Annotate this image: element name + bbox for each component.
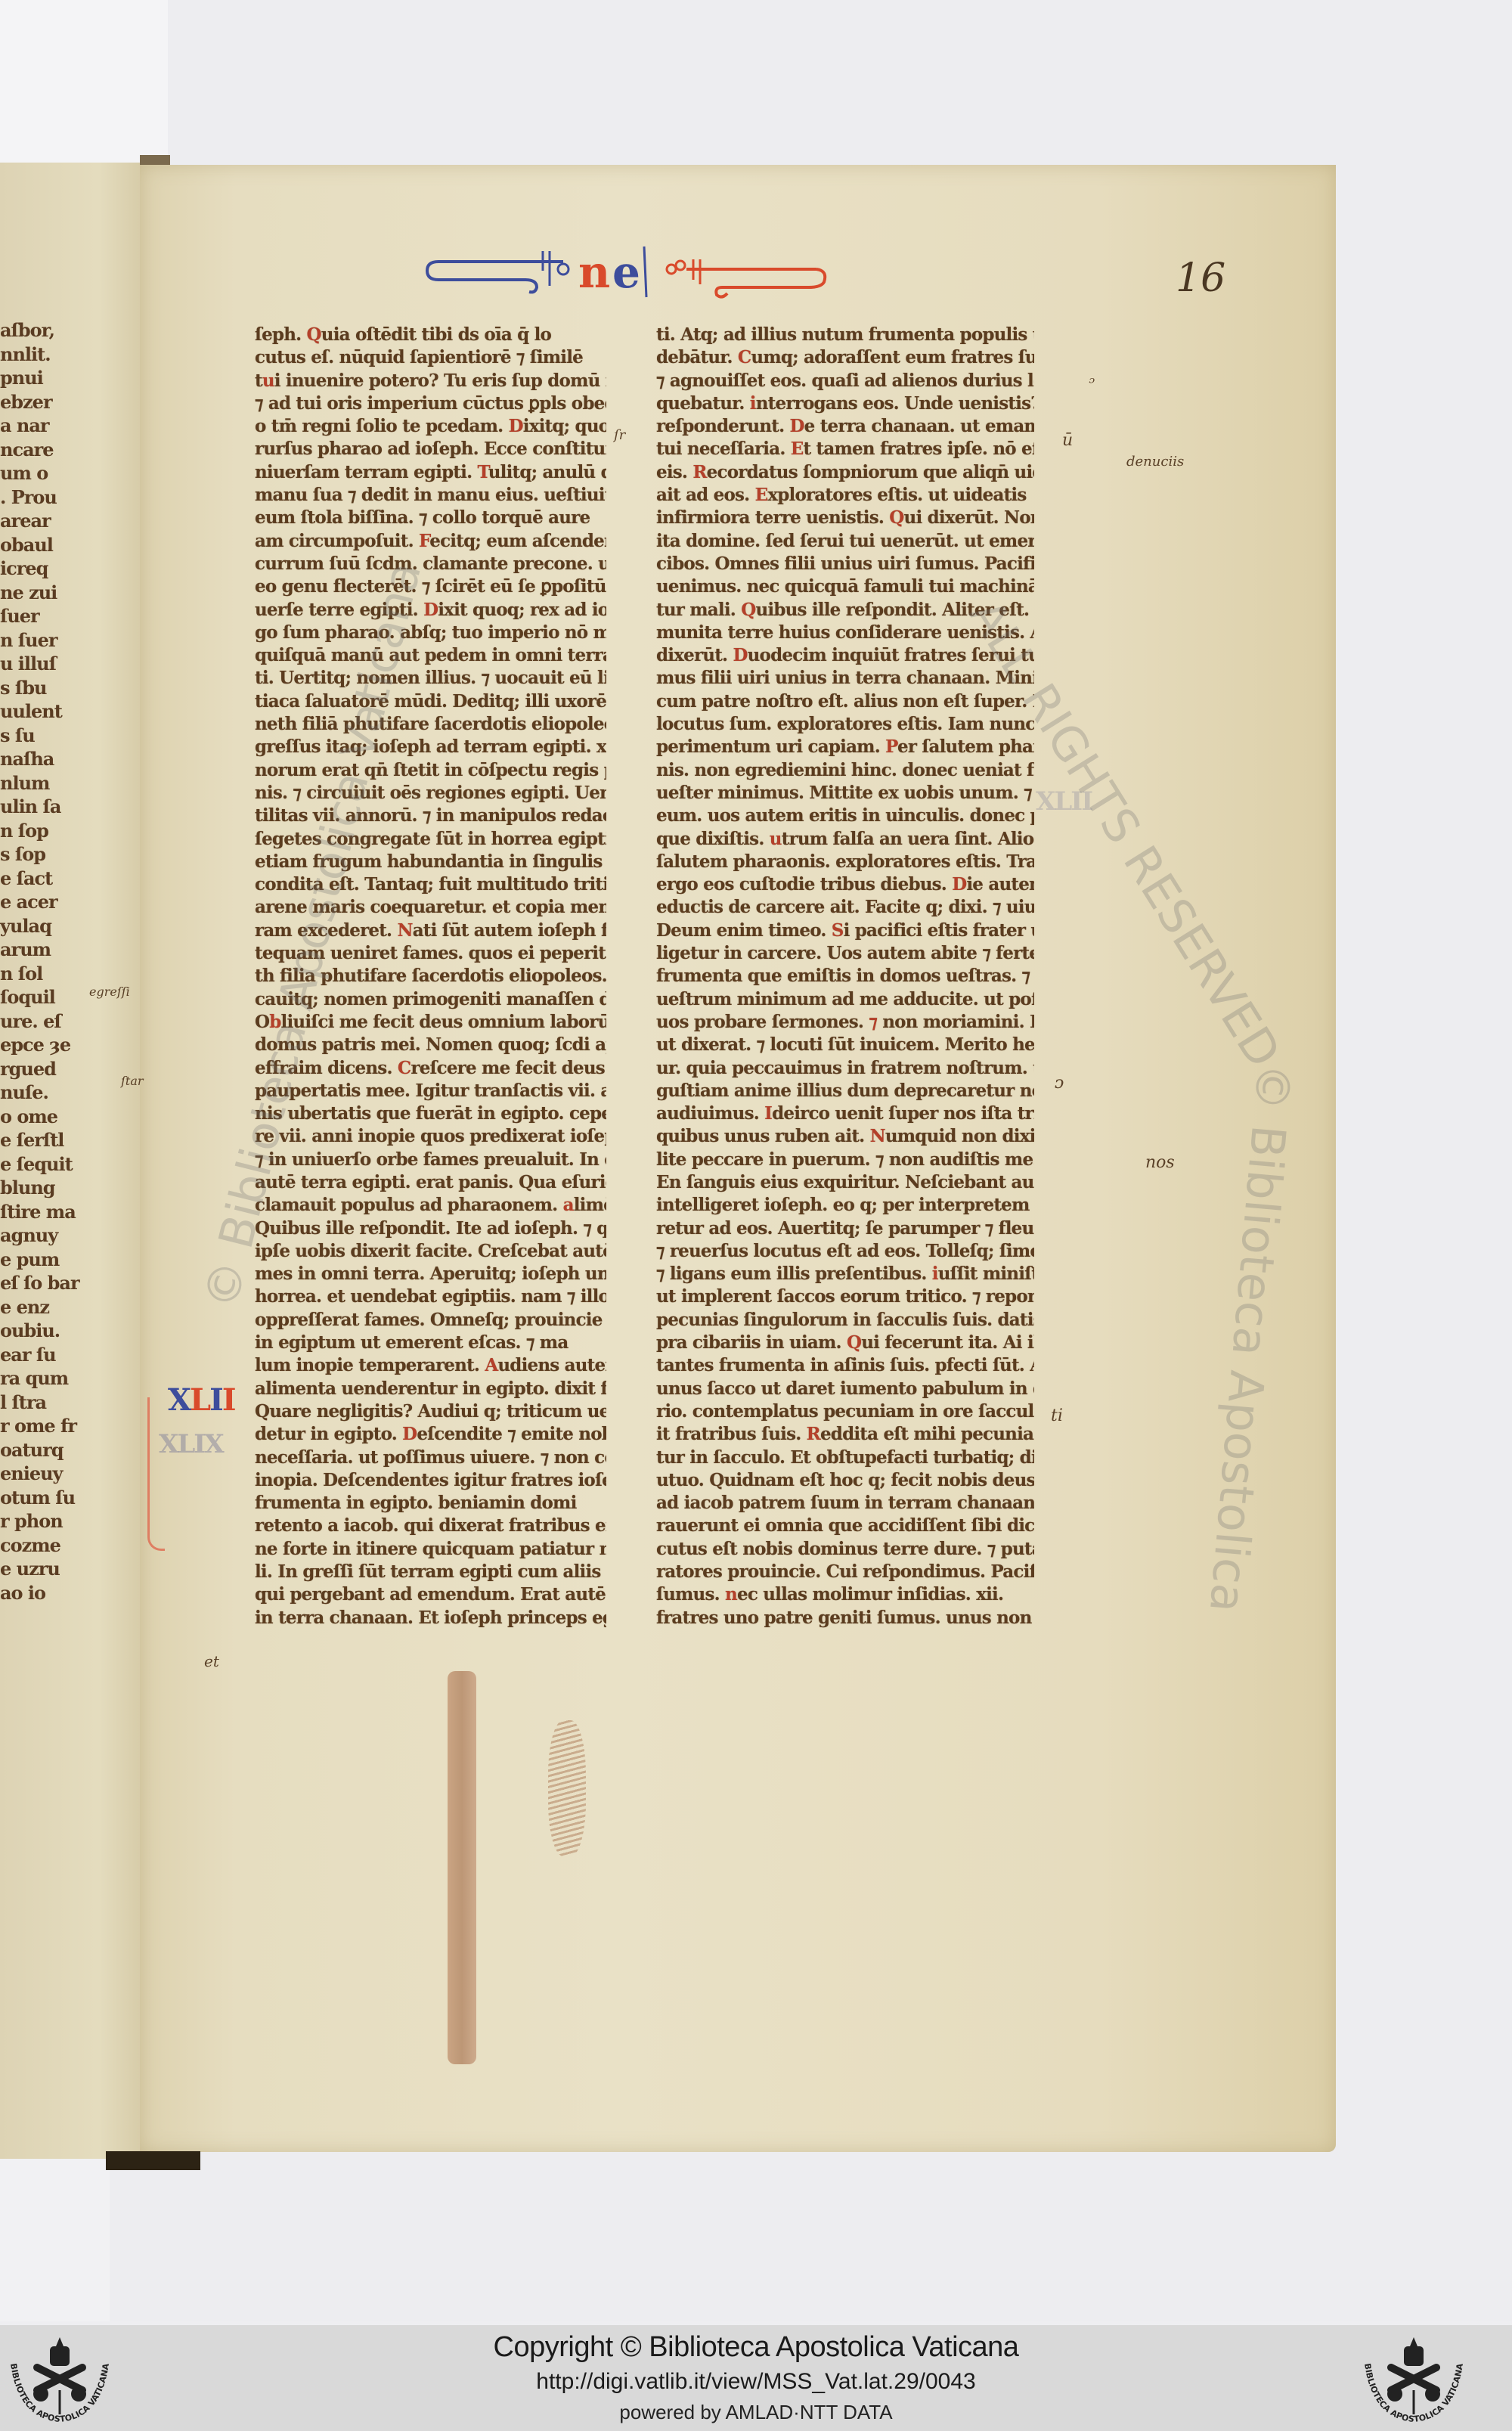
rubricated-initial: D	[423, 600, 438, 620]
rubricated-initial: ⁊	[869, 1012, 877, 1032]
manuscript-line: locutus ſum. exploratores eſtis. Iam nun…	[656, 713, 1034, 736]
verso-text-line: agnuy	[0, 1224, 113, 1247]
rubricated-initial: S	[832, 920, 844, 941]
marginal-note: ᵓ	[1089, 374, 1095, 393]
marginal-note: egreſſi	[89, 984, 130, 999]
manuscript-line: utuo. Quidnam eſt hoc q; fecit nobis deu…	[656, 1469, 1034, 1492]
verso-text-line: cozme	[0, 1534, 113, 1557]
manuscript-line: ſalutem pharaonis. exploratores eſtis. T…	[656, 851, 1034, 873]
rubricated-initial: C	[738, 347, 751, 367]
manuscript-line: ueſtrum minimum ad me adducite. ut poſſi…	[656, 988, 1034, 1011]
rubricated-initial: F	[419, 531, 429, 551]
verso-text-line: nuſe.	[0, 1081, 113, 1104]
manuscript-line: it fratribus ſuis. Reddita eſt mihi pecu…	[656, 1423, 1034, 1446]
manuscript-line: qui pergebant ad emendum. Erat autē fame…	[255, 1583, 606, 1606]
verso-text-line: ear ſu	[0, 1344, 113, 1366]
manuscript-line: uos probare ſermones. ⁊ non moriamini. F…	[656, 1011, 1034, 1034]
manuscript-line: ad iacob patrem ſuum in terram chanaan. …	[656, 1492, 1034, 1515]
manuscript-line: mus filii uiri unius in terra chanaan. M…	[656, 667, 1034, 690]
marginal-note: denuciis	[1126, 454, 1184, 470]
rubricated-initial: D	[952, 874, 966, 895]
verso-text-line: enieuy	[0, 1462, 113, 1485]
manuscript-line: mes in omni terra. Aperuitq; ioſeph uniu…	[255, 1263, 606, 1285]
manuscript-line: En ſanguis eius exquiritur. Neſciebant a…	[656, 1171, 1034, 1194]
verso-text-line: ne zui	[0, 581, 113, 604]
manuscript-line: fratres uno patre geniti ſumus. unus non…	[656, 1607, 1034, 1629]
verso-text-line: ſtire ma	[0, 1201, 113, 1223]
manuscript-line: reſponderunt. De terra chanaan. ut emamu…	[656, 415, 1034, 438]
rubricated-initial: N	[397, 920, 412, 941]
chapter-number-xlix-faded: XLIX	[159, 1429, 223, 1459]
manuscript-line: frumenta in egipto. beniamin domi	[255, 1492, 606, 1515]
manuscript-line: eum ſtola biſſina. ⁊ collo torquē aure	[255, 507, 606, 529]
manuscript-line: ſeph. Quia oſtēdit tibi ds oīa q̄ lo	[255, 324, 606, 346]
verso-text-line: e ſact	[0, 867, 113, 890]
verso-text-line: ao io	[0, 1582, 113, 1605]
manuscript-line: perimentum uri capiam. Per ſalutem phara…	[656, 736, 1034, 758]
rubricated-initial: P	[885, 736, 897, 757]
rubricated-initial: Q	[307, 324, 321, 345]
rubricated-initial: D	[790, 416, 804, 436]
manuscript-line: niuerſam terram egipti. Tulitq; anulū de	[255, 461, 606, 484]
ink-offset-mark	[548, 1720, 586, 1856]
verso-text-line: eſ ſo bar	[0, 1272, 113, 1295]
rubricated-initial: I	[764, 1103, 772, 1124]
manuscript-line: guſtiam anime illius dum deprecaretur no…	[656, 1080, 1034, 1102]
manuscript-line: intelligeret ioſeph. eo q; per interpret…	[656, 1194, 1034, 1217]
manuscript-line: ti. Uertitq; nomen illius. ⁊ uocauit eū …	[255, 667, 606, 690]
manuscript-line: rio. contemplatus pecuniam in ore ſaccul…	[656, 1400, 1034, 1423]
manuscript-line: ueſter minimus. Mittite ex uobis unum. ⁊…	[656, 782, 1034, 805]
copyright-text: Copyright © Biblioteca Apostolica Vatica…	[0, 2331, 1512, 2364]
manuscript-line: tui neceſſaria. Et tamen fratres ipſe. n…	[656, 438, 1034, 460]
rubricated-initial: n	[725, 1584, 737, 1605]
manuscript-line: nis ubertatis que fuerāt in egipto. cepe…	[255, 1102, 606, 1125]
manuscript-line: tilitas vii. annorū. ⁊ in manipulos reda…	[255, 805, 606, 827]
verso-text-line: . Prou	[0, 486, 113, 509]
running-head-letter-e: e	[612, 247, 640, 298]
manuscript-line: in terra chanaan. Et ioſeph princeps egi…	[255, 1607, 606, 1629]
manuscript-line: neceſſaria. ut poſſimus uiuere. ⁊ non co…	[255, 1447, 606, 1469]
manuscript-line: eis. Recordatus ſompniorum que aliqn̄ ui…	[656, 461, 1034, 484]
manuscript-line: uerſe terre egipti. Dixit quoq; rex ad i…	[255, 599, 606, 622]
manuscript-line: oppreſſerat fames. Omneſq; prouincie uen…	[255, 1309, 606, 1332]
manuscript-line: paupertatis mee. Igitur tranſactis vii. …	[255, 1080, 606, 1102]
verso-text-line: yulaq	[0, 915, 113, 938]
manuscript-line: detur in egipto. Deſcendite ⁊ emite nobi…	[255, 1423, 606, 1446]
manuscript-line: ⁊ ad tui oris imperium cūctus ꝑpls obedi…	[255, 392, 606, 415]
background-lower-left	[0, 2155, 110, 2321]
rubricated-initial: E	[755, 485, 768, 505]
rubricated-initial: T	[478, 462, 488, 482]
manuscript-line: audiuimus. Ideirco uenit ſuper nos iſta …	[656, 1102, 1034, 1125]
marginal-note: ū	[1062, 431, 1073, 450]
verso-page-fragment: aſbor,nnlit.pnuiebzera narncareum o. Pro…	[0, 163, 143, 2159]
verso-text-line: o ome	[0, 1105, 113, 1128]
manuscript-line: tantes frumenta in aſinis ſuis. pfecti ſ…	[656, 1354, 1034, 1377]
manuscript-line: Quibus ille reſpondit. Ite ad ioſeph. ⁊ …	[255, 1217, 606, 1240]
verso-text-line: ure. eſ	[0, 1010, 113, 1033]
manuscript-line: eum. uos autem eritis in uinculis. donec…	[656, 805, 1034, 827]
rubricated-initial: C	[398, 1058, 411, 1078]
manuscript-line: retento a iacob. qui dixerat fratribus e…	[255, 1515, 606, 1537]
verso-text-line: n ſop	[0, 820, 113, 842]
verso-text-line: icreq	[0, 557, 113, 580]
manuscript-line: uenimus. nec quicquā famuli tui machinā	[656, 575, 1034, 598]
verso-text-line: ra qum	[0, 1367, 113, 1390]
verso-text-line: um o	[0, 462, 113, 485]
marginal-note: ſtar	[121, 1074, 144, 1088]
manuscript-line: nis. ⁊ circuiuit oēs regiones egipti. Ue…	[255, 782, 606, 805]
manuscript-line: ⁊ ligans eum illis preſentibus. iuſſit m…	[656, 1263, 1034, 1285]
rubricated-initial: D	[733, 645, 747, 665]
verso-text-line: arum	[0, 938, 113, 961]
verso-text-line: uulent	[0, 700, 113, 723]
manuscript-line: tiaca ſaluatorē mūdi. Deditq; illi uxorē…	[255, 690, 606, 713]
rubricated-initial: D	[509, 416, 523, 436]
rubricated-initial: A	[485, 1355, 497, 1375]
verso-text-line: r ome fr	[0, 1415, 113, 1437]
verso-text-line: e enz	[0, 1296, 113, 1319]
verso-text-line: r phon	[0, 1510, 113, 1533]
manuscript-line: ita domine. ſed ſerui tui uenerūt. ut em…	[656, 530, 1034, 553]
marginal-note: et	[204, 1652, 219, 1670]
manuscript-line: Deum enim timeo. Si pacifici eſtis frate…	[656, 919, 1034, 942]
manuscript-line: li. In greſſi ſūt terram egipti cum alii…	[255, 1561, 606, 1583]
copyright-footer: BIBLIOTECA APOSTOLICA VATICANA Copyright…	[0, 2325, 1512, 2431]
manuscript-line: greſſus itaq; ioſeph ad terram egipti. x…	[255, 736, 606, 758]
manuscript-line: nis. non egrediemini hinc. donec ueniat …	[656, 759, 1034, 782]
verso-text-line: otum ſu	[0, 1487, 113, 1509]
rubricated-initial: u	[770, 829, 782, 849]
verso-text-line: e acer	[0, 891, 113, 913]
manuscript-line: cutus eſ. nūquid ſapientiorē ⁊ ſimilē	[255, 346, 606, 369]
verso-text-line: s ſbu	[0, 677, 113, 699]
verso-text-line: blung	[0, 1177, 113, 1199]
verso-text-line: ſuer	[0, 605, 113, 628]
manuscript-line: manu ſua ⁊ dedit in manu eius. ueſtiuitq…	[255, 484, 606, 507]
manuscript-line: unus ſacco ut daret iumento pabulum in d…	[656, 1378, 1034, 1400]
manuscript-line: am circumpoſuit. Fecitq; eum aſcendere ſ…	[255, 530, 606, 553]
verso-text-line: ulin ſa	[0, 795, 113, 818]
verso-text-line: n ſuer	[0, 629, 113, 652]
verso-text-line: epce ȝe	[0, 1034, 113, 1056]
rubricated-initial: D	[402, 1424, 417, 1444]
manuscript-line: autē terra egipti. erat panis. Qua eſuri…	[255, 1171, 606, 1194]
binding-edge-bottom	[106, 2151, 200, 2170]
manuscript-line: ratores prouincie. Cui reſpondimus. Paci…	[656, 1561, 1034, 1583]
manuscript-line: clamauit populus ad pharaonem. alimēta p…	[255, 1194, 606, 1217]
manuscript-line: in egiptum ut emerent eſcas. ⁊ ma	[255, 1332, 606, 1354]
manuscript-line: ur. quia peccauimus in fratrem noſtrum. …	[656, 1057, 1034, 1080]
manuscript-line: ne forte in itinere quicquam patiatur ma	[255, 1538, 606, 1561]
verso-text-line: oubiu.	[0, 1319, 113, 1342]
rubricated-initial: u	[262, 371, 274, 391]
verso-text-line: s ſu	[0, 724, 113, 747]
rubricated-initial: a	[563, 1195, 574, 1215]
manuscript-line: retur ad eos. Auertitq; ſe parumper ⁊ fl…	[656, 1217, 1034, 1240]
binding-edge-top	[140, 155, 170, 166]
manuscript-line: ſumus. nec ullas molimur inſidias. xii.	[656, 1583, 1034, 1606]
manuscript-line: pra cibariis in uiam. Qui fecerunt ita. …	[656, 1332, 1034, 1354]
running-head-letter-n: n	[578, 247, 610, 298]
manuscript-line: inopia. Deſcendentes igitur fratres ioſe…	[255, 1469, 606, 1492]
manuscript-line: Quare negligitis? Audiui q; triticum uen…	[255, 1400, 606, 1423]
manuscript-line: ⁊ in uniuerſo orbe fames preualuit. In c…	[255, 1149, 606, 1171]
manuscript-line: eductis de carcere ait. Facite q; dixi. …	[656, 896, 1034, 919]
verso-text-line: n ſol	[0, 963, 113, 985]
vatican-library-logo-right: BIBLIOTECA APOSTOLICA VATICANA	[1357, 2330, 1470, 2428]
verso-text-line: e uzru	[0, 1558, 113, 1580]
powered-by-text: powered by AMLAD·NTT DATA	[0, 2401, 1512, 2424]
rubricated-initial: i	[932, 1264, 938, 1284]
stain-vertical	[448, 1671, 476, 2064]
verso-text-line: e ſerſtl	[0, 1129, 113, 1152]
verso-text-line: nlum	[0, 772, 113, 795]
manuscript-line: ⁊ reuerſus locutus eſt ad eos. Tolleſq; …	[656, 1240, 1034, 1263]
manuscript-line: que dixiſtis. utrum falſa an uera ſint. …	[656, 828, 1034, 851]
manuscript-line: ait ad eos. Exploratores eſtis. ut uidea…	[656, 484, 1034, 507]
manuscript-line: debātur. Cumq; adoraſſent eum fratres ſu…	[656, 346, 1034, 369]
rubricated-initial: E	[791, 439, 804, 459]
manuscript-line: ligetur in carcere. Uos autem abite ⁊ fe…	[656, 942, 1034, 965]
manuscript-line: norum erat qn̄ ſtetit in cōſpectu regis …	[255, 759, 606, 782]
text-column-b: ti. Atq; ad illius nutum frumenta populi…	[656, 324, 1034, 1629]
rubricated-initial: i	[750, 393, 756, 414]
rubricated-initial: Q	[847, 1332, 861, 1353]
verso-text-line: a nar	[0, 414, 113, 437]
manuscript-line: re vii. anni inopie quos predixerat ioſe…	[255, 1125, 606, 1148]
verso-text-line: arear	[0, 510, 113, 532]
rubricated-initial: N	[870, 1126, 885, 1146]
manuscript-line: alimenta uenderentur in egipto. dixit fi…	[255, 1378, 606, 1400]
manuscript-line: tur in ſacculo. Et obſtupefacti turbatiq…	[656, 1447, 1034, 1469]
rubricated-initial: Q	[741, 600, 755, 620]
rubricated-initial: R	[807, 1424, 820, 1444]
rubricated-initial: Q	[889, 507, 903, 528]
manuscript-line: tui inuenire potero? Tu eris ſup domū me…	[255, 370, 606, 392]
manuscript-line: lum inopie temperarent. Audiens autem ia…	[255, 1354, 606, 1377]
manuscript-line: infirmiora terre uenistis. Qui dixerūt. …	[656, 507, 1034, 529]
manuscript-line: horrea. et uendebat egiptiis. nam ⁊ illo…	[255, 1285, 606, 1308]
red-chapter-bracket	[147, 1397, 165, 1551]
verso-text-line: pnui	[0, 367, 113, 389]
verso-text-line: e pum	[0, 1248, 113, 1271]
manuscript-line: rurſus pharao ad ioſeph. Ecce conſtitui …	[255, 438, 606, 460]
verso-text-line: s ſop	[0, 843, 113, 866]
manuscript-line: frumenta que emiſtis in domos ueſtras. ⁊…	[656, 965, 1034, 988]
manuscript-line: quebatur. interrogans eos. Unde uenistis…	[656, 392, 1034, 415]
manuscript-line: pecunias ſingulorum in ſacculis ſuis. da…	[656, 1309, 1034, 1332]
manuscript-line: ti. Atq; ad illius nutum frumenta populi…	[656, 324, 1034, 346]
marginal-note: nos	[1145, 1153, 1175, 1172]
verso-text-line: e ſequit	[0, 1153, 113, 1176]
verso-text-line: l ſtra	[0, 1391, 113, 1414]
manuscript-line: ergo eos cuſtodie tribus diebus. Die aut…	[656, 873, 1034, 896]
manuscript-line: cutus eſt nobis dominus terre dure. ⁊ pu…	[656, 1538, 1034, 1561]
manuscript-line: cibos. Omnes filii unius uiri ſumus. Pac…	[656, 553, 1034, 575]
verso-text-line: obaul	[0, 534, 113, 557]
manuscript-line: quiſquā manū aut pedem in omni terra egi…	[255, 644, 606, 667]
background-lower	[110, 2170, 1512, 2321]
manuscript-line: ipſe uobis dixerit facite. Creſcebat aut…	[255, 1240, 606, 1263]
verso-text-line: aſbor,	[0, 319, 113, 342]
verso-text-line: oaturq	[0, 1439, 113, 1462]
manuscript-line: o tm̄ regni ſolio te pcedam. Dixitq; quo…	[255, 415, 606, 438]
verso-text-line: ebzer	[0, 391, 113, 414]
running-head-ornament: n e	[423, 240, 832, 301]
verso-text-line: u illuſ	[0, 653, 113, 675]
verso-text-line: naſha	[0, 748, 113, 771]
verso-text-line: ncare	[0, 439, 113, 461]
manuscript-line: cum patre noſtro eſt. alius non eſt ſupe…	[656, 690, 1034, 713]
manuscript-line: lite peccare in puerum. ⁊ non audiſtis m…	[656, 1149, 1034, 1171]
manuscript-line: go ſum pharao. abſq; tuo imperio nō moue…	[255, 622, 606, 644]
marginal-note: ti	[1051, 1406, 1063, 1425]
manuscript-line: eo genu flecterēt. ⁊ ſcirēt eū ſe ꝑpoſit…	[255, 575, 606, 598]
manuscript-line: ut implerent ſaccos eorum tritico. ⁊ rep…	[656, 1285, 1034, 1308]
manuscript-line: ut dixerat. ⁊ locuti ſūt inuicem. Merito…	[656, 1034, 1034, 1056]
chapter-number-xlii: XLII	[168, 1382, 235, 1418]
manuscript-line: neth filiā phutifare ſacerdotis eliopole…	[255, 713, 606, 736]
permalink-url[interactable]: http://digi.vatlib.it/view/MSS_Vat.lat.2…	[0, 2369, 1512, 2395]
manuscript-line: quibus unus ruben ait. Numquid non dixi …	[656, 1125, 1034, 1148]
marginal-note: ᴐ	[1055, 1074, 1064, 1093]
marginal-note: ſr	[614, 427, 625, 443]
manuscript-line: ⁊ agnouiſſet eos. quaſi ad alienos duriu…	[656, 370, 1034, 392]
manuscript-line: rauerunt ei omnia que accidiſſent ſibi d…	[656, 1515, 1034, 1537]
verso-text-line: rgued	[0, 1058, 113, 1081]
folio-number: 16	[1176, 256, 1225, 301]
rubricated-initial: R	[692, 462, 706, 482]
verso-text-line: nnlit.	[0, 343, 113, 366]
